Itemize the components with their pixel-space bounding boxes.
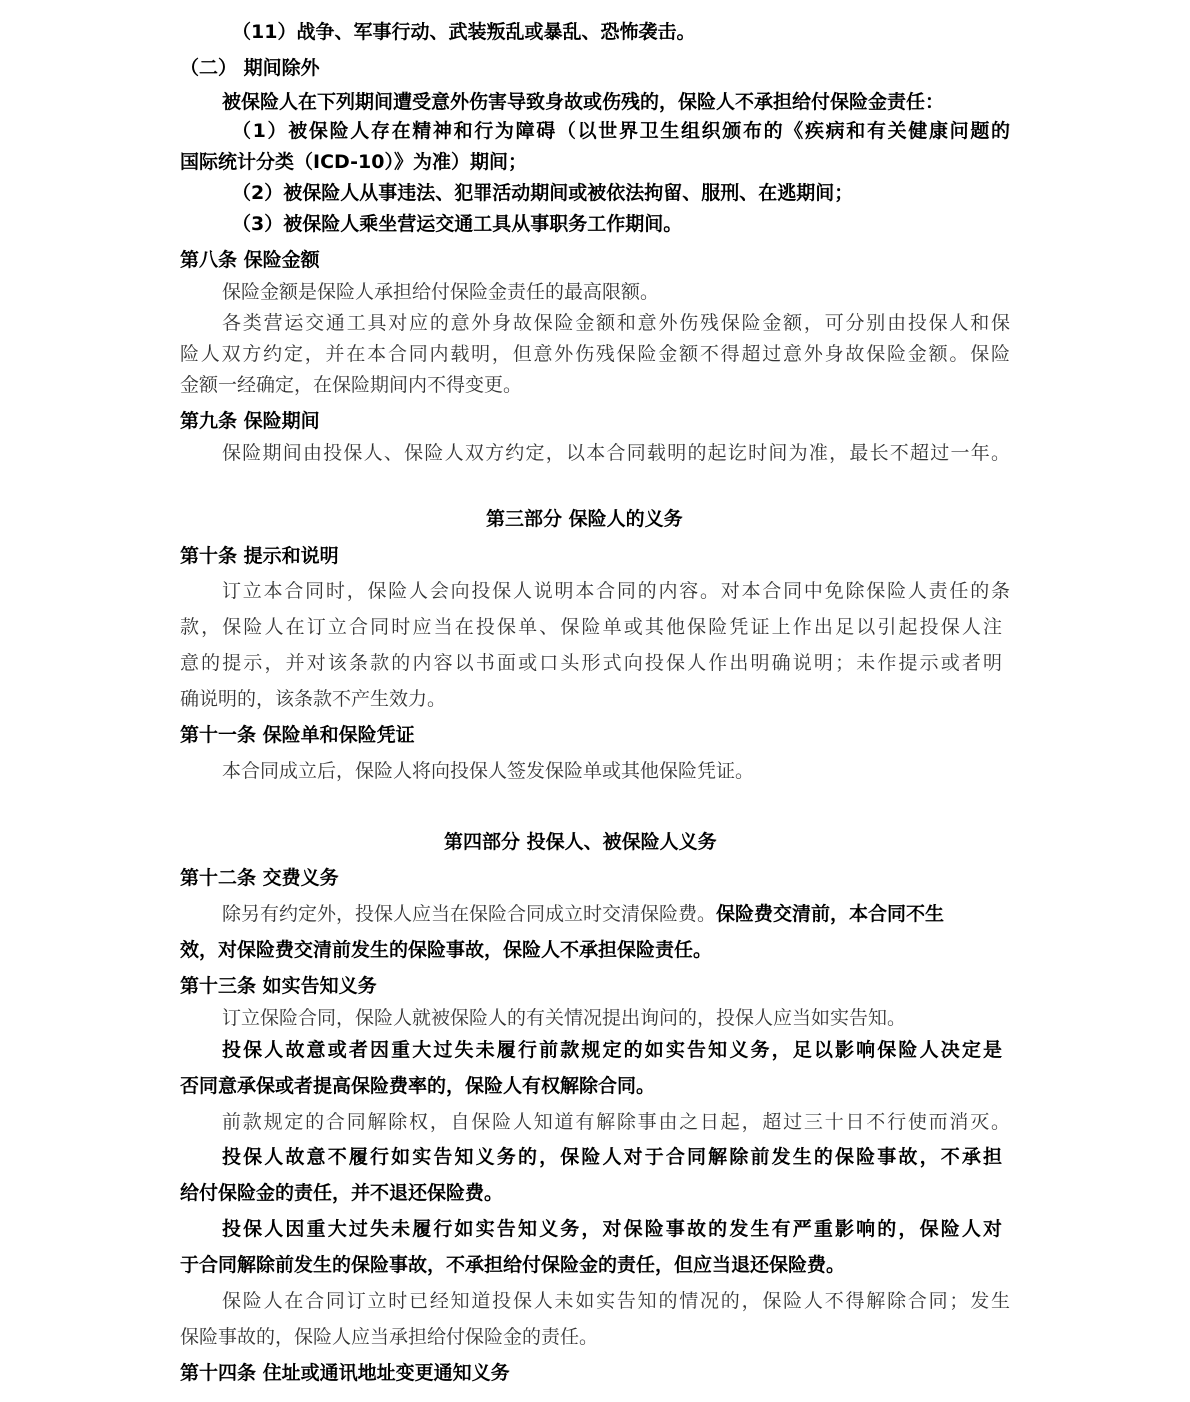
paragraph: 投保人故意或者因重大过失未履行前款规定的如实告知义务，足以影响保险人决定是 bbox=[222, 1038, 1002, 1062]
paragraph: 订立本合同时，保险人会向投保人说明本合同的内容。对本合同中免除保险人责任的条 bbox=[222, 579, 1010, 603]
paragraph: 意的提示，并对该条款的内容以书面或口头形式向投保人作出明确说明；未作提示或者明 bbox=[180, 651, 1002, 675]
paragraph: 投保人故意不履行如实告知义务的，保险人对于合同解除前发生的保险事故，不承担 bbox=[222, 1145, 1002, 1169]
paragraph: 保险事故的，保险人应当承担给付保险金的责任。 bbox=[180, 1325, 598, 1349]
paragraph: 国际统计分类（ICD-10）》为准）期间； bbox=[180, 150, 527, 174]
paragraph: 被保险人在下列期间遭受意外伤害导致身故或伤残的，保险人不承担给付保险金责任： bbox=[222, 90, 944, 114]
paragraph: 除另有约定外，投保人应当在保险合同成立时交清保险费。保险费交清前，本合同不生 bbox=[222, 902, 944, 926]
article-heading: 第十二条 交费义务 bbox=[180, 866, 339, 890]
paragraph: 订立保险合同，保险人就被保险人的有关情况提出询问的，投保人应当如实告知。 bbox=[222, 1006, 906, 1030]
article-heading: 第九条 保险期间 bbox=[180, 409, 320, 433]
paragraph: 金额一经确定，在保险期间内不得变更。 bbox=[180, 373, 522, 397]
paragraph: （1）被保险人存在精神和行为障碍（以世界卫生组织颁布的《疾病和有关健康问题的 bbox=[232, 119, 1010, 143]
paragraph: 前款规定的合同解除权，自保险人知道有解除事由之日起，超过三十日不行使而消灭。 bbox=[222, 1110, 1010, 1134]
paragraph: 各类营运交通工具对应的意外身故保险金额和意外伤残保险金额，可分别由投保人和保 bbox=[222, 311, 1010, 335]
paragraph: 保险人在合同订立时已经知道投保人未如实告知的情况的，保险人不得解除合同；发生 bbox=[222, 1289, 1010, 1313]
paragraph: 款，保险人在订立合同时应当在投保单、保险单或其他保险凭证上作出足以引起投保人注 bbox=[180, 615, 1002, 639]
paragraph: 保险期间由投保人、保险人双方约定，以本合同载明的起讫时间为准，最长不超过一年。 bbox=[222, 441, 1010, 465]
article-heading: 第十一条 保险单和保险凭证 bbox=[180, 723, 415, 747]
paragraph: 于合同解除前发生的保险事故，不承担给付保险金的责任，但应当退还保险费。 bbox=[180, 1253, 845, 1277]
exclusion-item-11: （11）战争、军事行动、武装叛乱或暴乱、恐怖袭击。 bbox=[232, 20, 695, 44]
paragraph: （2）被保险人从事违法、犯罪活动期间或被依法拘留、服刑、在逃期间； bbox=[232, 181, 853, 205]
paragraph: 给付保险金的责任，并不退还保险费。 bbox=[180, 1181, 503, 1205]
paragraph: 险人双方约定，并在本合同内载明，但意外伤残保险金额不得超过意外身故保险金额。保险 bbox=[180, 342, 1010, 366]
paragraph: 投保人因重大过失未履行如实告知义务，对保险事故的发生有严重影响的，保险人对 bbox=[222, 1217, 1002, 1241]
article-heading: 第八条 保险金额 bbox=[180, 248, 320, 272]
paragraph: 本合同成立后，保险人将向投保人签发保险单或其他保险凭证。 bbox=[222, 759, 754, 783]
part-heading: 第四部分 投保人、被保险人义务 bbox=[444, 830, 717, 854]
paragraph: 否同意承保或者提高保险费率的，保险人有权解除合同。 bbox=[180, 1074, 655, 1098]
paragraph: 保险金额是保险人承担给付保险金责任的最高限额。 bbox=[222, 280, 659, 304]
part-heading: 第三部分 保险人的义务 bbox=[486, 507, 683, 531]
subsection-heading: （二） 期间除外 bbox=[180, 56, 320, 80]
paragraph: 确说明的，该条款不产生效力。 bbox=[180, 687, 446, 711]
paragraph-bold: 保险费交清前，本合同不生 bbox=[716, 903, 944, 925]
paragraph: 效，对保险费交清前发生的保险事故，保险人不承担保险责任。 bbox=[180, 938, 712, 962]
article-heading: 第十四条 住址或通讯地址变更通知义务 bbox=[180, 1361, 510, 1385]
article-heading: 第十三条 如实告知义务 bbox=[180, 974, 377, 998]
article-heading: 第十条 提示和说明 bbox=[180, 544, 339, 568]
paragraph-regular: 除另有约定外，投保人应当在保险合同成立时交清保险费。 bbox=[222, 903, 716, 925]
paragraph: （3）被保险人乘坐营运交通工具从事职务工作期间。 bbox=[232, 212, 682, 236]
